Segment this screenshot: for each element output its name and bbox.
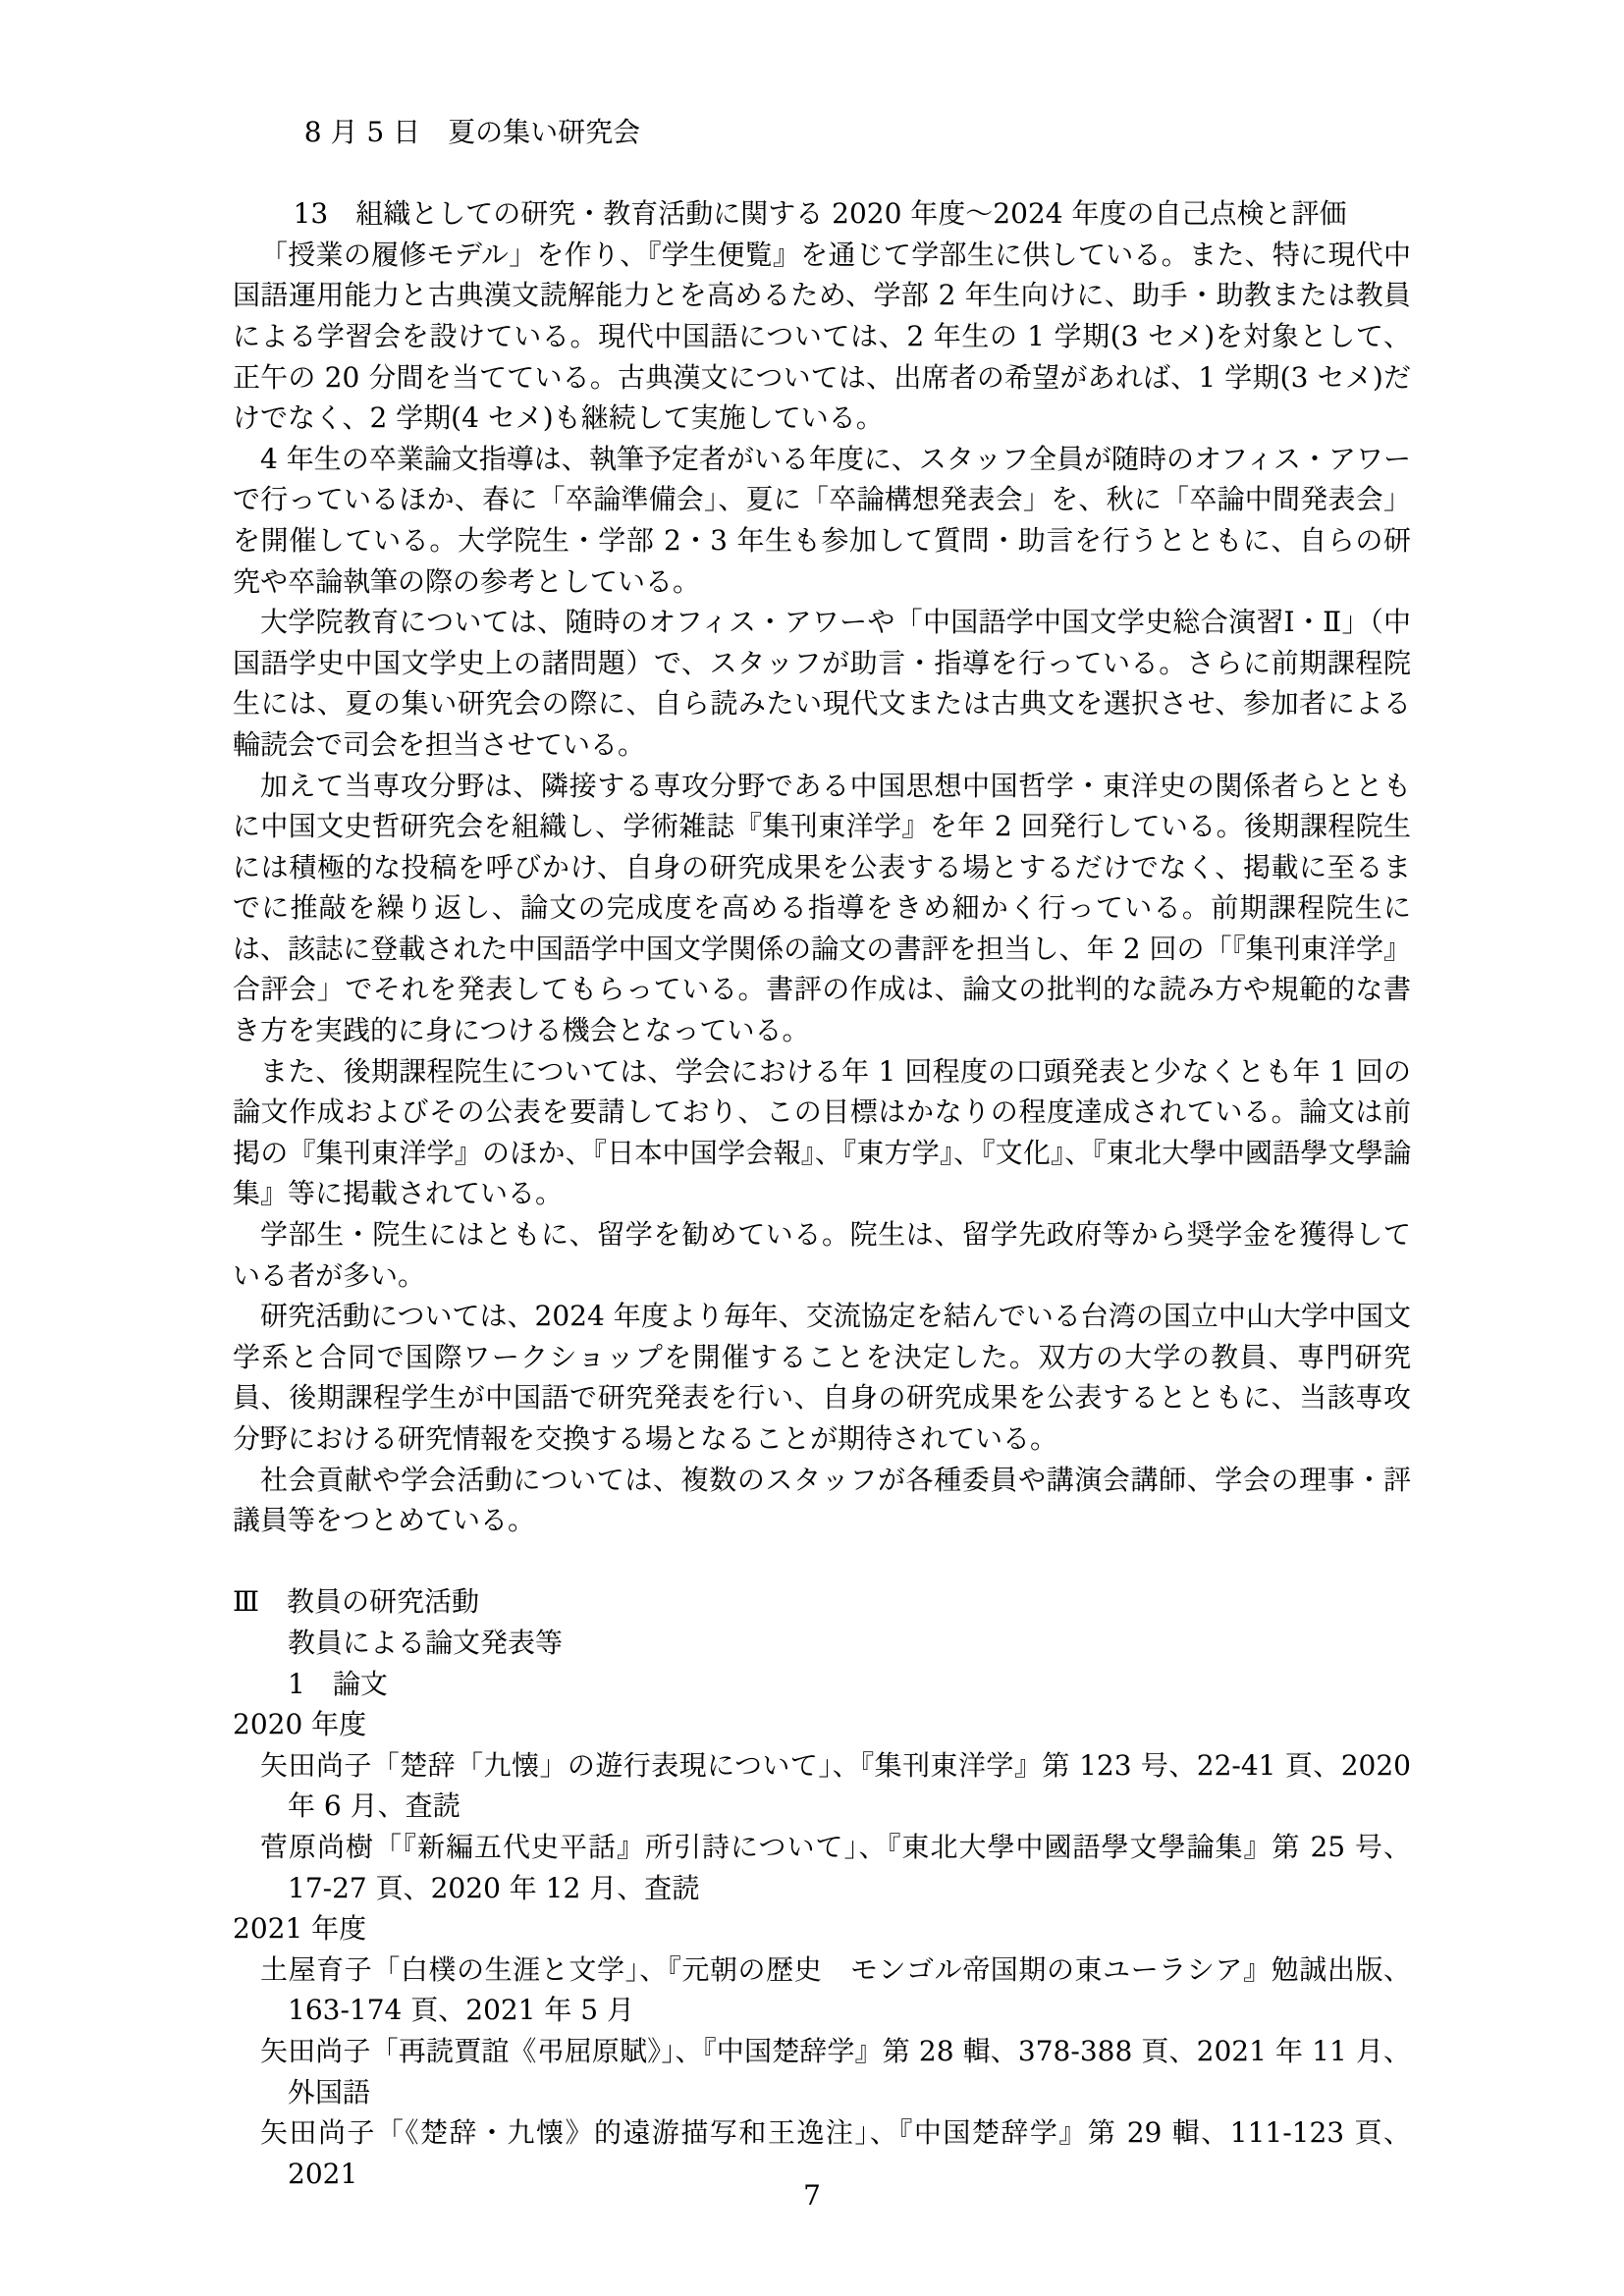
publication-entry: 矢田尚子「楚辞「九懐」の遊行表現について」、『集刊東洋学』第 123 号、22-… <box>233 1745 1411 1827</box>
publication-entry: 土屋育子「白樸の生涯と文学」、『元朝の歴史 モンゴル帝国期の東ユーラシア』勉誠出… <box>233 1949 1411 2031</box>
body-paragraph-doctoral-requirements: また、後期課程院生については、学会における年 1 回程度の口頭発表と少なくとも年… <box>233 1051 1411 1214</box>
section-3-subheading: 教員による論文発表等 <box>233 1623 1411 1664</box>
body-paragraph-research-activities: 研究活動については、2024 年度より毎年、交流協定を結んでいる台湾の国立中山大… <box>233 1296 1411 1459</box>
document-page: 8 月 5 日 夏の集い研究会 13 組織としての研究・教育活動に関する 202… <box>0 0 1624 2296</box>
publication-entry: 矢田尚子「再読賈誼《弔屈原賦》」、『中国楚辞学』第 28 輯、378-388 頁… <box>233 2031 1411 2112</box>
body-paragraph-thesis-guidance: 4 年生の卒業論文指導は、執筆予定者がいる年度に、スタッフ全員が随時のオフィス・… <box>233 439 1411 602</box>
fiscal-year-2020-label: 2020 年度 <box>233 1704 1411 1745</box>
page-number: 7 <box>0 2175 1624 2216</box>
page-content: 8 月 5 日 夏の集い研究会 13 組織としての研究・教育活動に関する 202… <box>233 112 1411 2194</box>
section-3-subsubheading: 1 論文 <box>233 1664 1411 1705</box>
body-paragraph-journal: 加えて当専攻分野は、隣接する専攻分野である中国思想中国哲学・東洋史の関係者らとと… <box>233 766 1411 1051</box>
body-paragraph-study-abroad: 学部生・院生にはともに、留学を勧めている。院生は、留学先政府等から奨学金を獲得し… <box>233 1214 1411 1296</box>
publication-entry: 菅原尚樹「『新編五代史平話』所引詩について」、『東北大學中國語學文學論集』第 2… <box>233 1827 1411 1908</box>
section-13-heading: 13 組織としての研究・教育活動に関する 2020 年度～2024 年度の自己点… <box>233 193 1411 235</box>
date-event-heading: 8 月 5 日 夏の集い研究会 <box>233 112 1411 153</box>
body-paragraph-graduate-education: 大学院教育については、随時のオフィス・アワーや「中国語学中国文学史総合演習Ⅰ・Ⅱ… <box>233 602 1411 765</box>
body-paragraph-social-contribution: 社会貢献や学会活動については、複数のスタッフが各種委員や講演会講師、学会の理事・… <box>233 1460 1411 1541</box>
section-3-heading: Ⅲ 教員の研究活動 <box>233 1581 1411 1623</box>
body-paragraph-curriculum: 「授業の履修モデル」を作り、『学生便覧』を通じて学部生に供している。また、特に現… <box>233 235 1411 439</box>
fiscal-year-2021-label: 2021 年度 <box>233 1908 1411 1949</box>
